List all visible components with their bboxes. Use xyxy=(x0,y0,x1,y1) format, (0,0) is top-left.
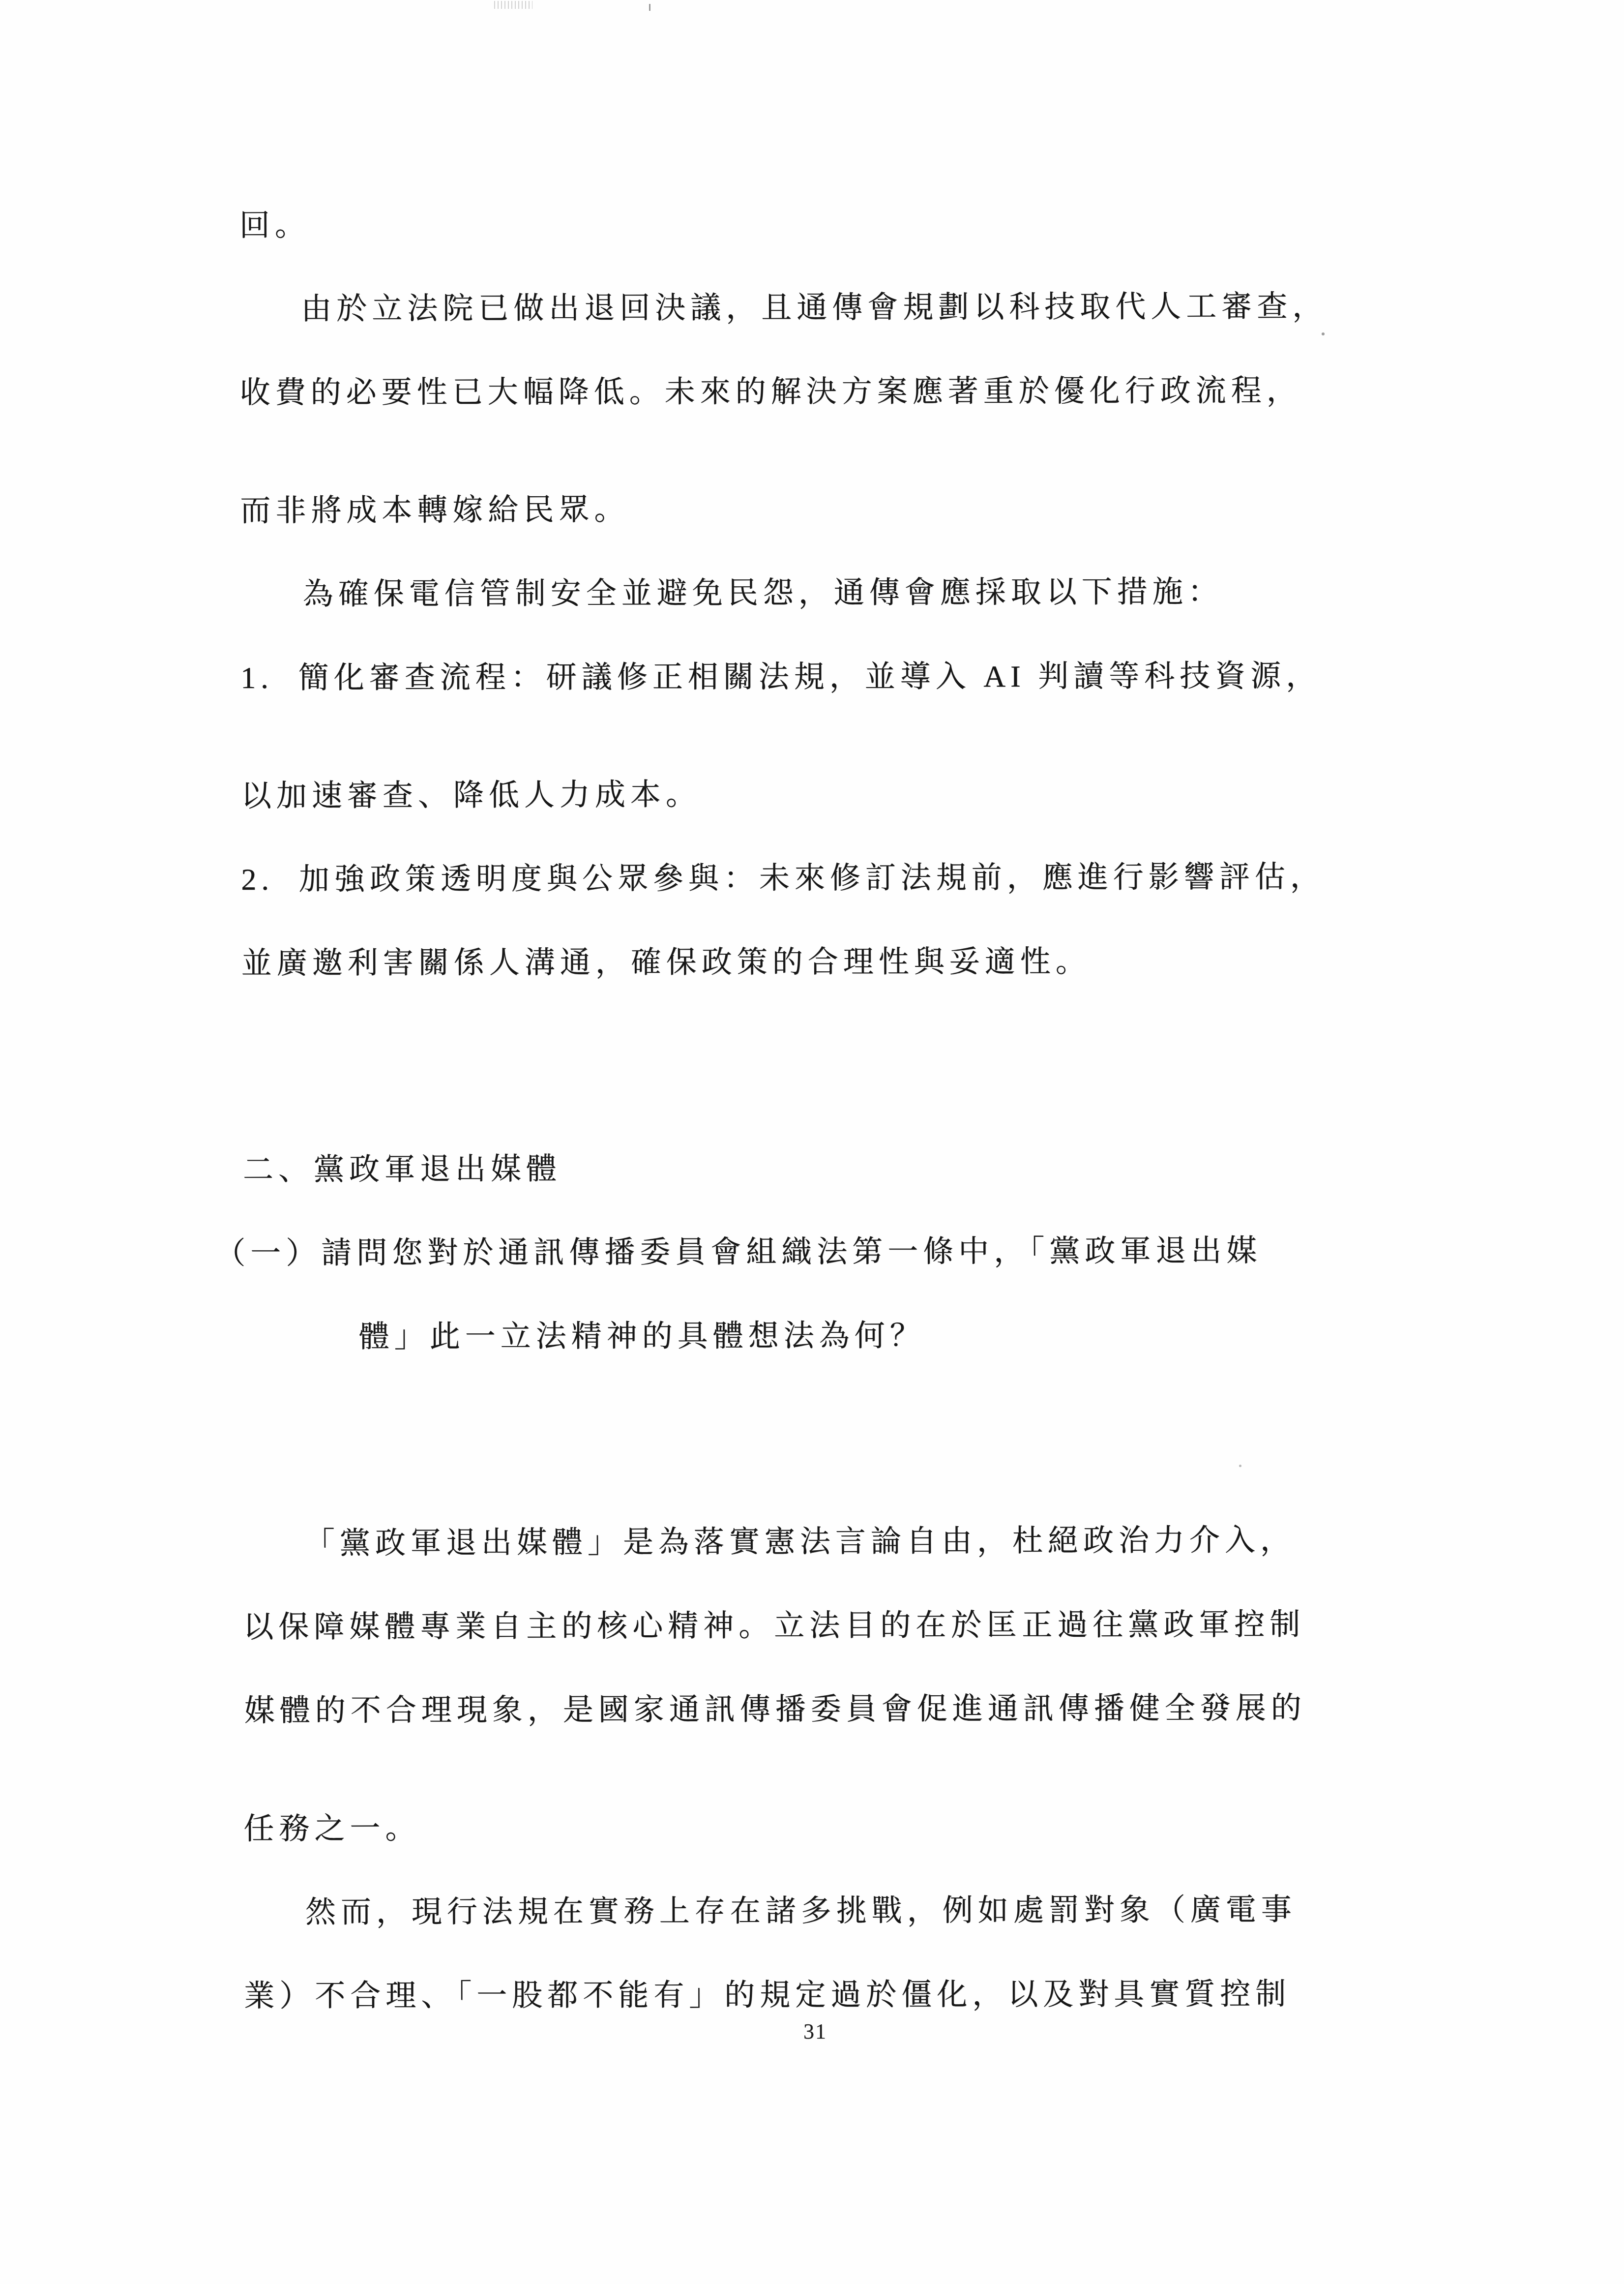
text-line: 「黨政軍退出媒體」是為落實憲法言論自由，杜絕政治力介入， xyxy=(304,1524,1624,1559)
text-line: 媒體的不合理現象，是國家通訊傳播委員會促進通訊傳播健全發展的 xyxy=(244,1692,1624,1726)
text-line: 以加速審查、降低人力成本。 xyxy=(241,776,1624,811)
text-line: 2. 加強政策透明度與公眾參與：未來修訂法規前，應進行影響評估， xyxy=(241,861,1624,895)
text-line: 回。 xyxy=(239,206,1623,241)
text-line: 體」此一立法精神的具體想法為何？ xyxy=(359,1320,1624,1352)
text-line: 並廣邀利害關係人溝通，確保政策的合理性與妥適性。 xyxy=(241,946,1624,979)
text-line: 由於立法院已做出退回決議，且通傳會規劃以科技取代人工審查， xyxy=(301,291,1623,325)
text-line: 1. 簡化審查流程：研議修正相關法規，並導入 AI 判讀等科技資源， xyxy=(240,661,1624,693)
text-line: 任務之一。 xyxy=(243,1809,1624,1844)
text-line: （一）請問您對於通訊傳播委員會組織法第一條中，「黨政軍退出媒 xyxy=(215,1235,1624,1269)
text-line: 而非將成本轉嫁給民眾。 xyxy=(240,491,1623,526)
scanned-document-page: 回。由於立法院已做出退回決議，且通傳會規劃以科技取代人工審查，收費的必要性已大幅… xyxy=(0,0,1624,2284)
text-line: 然而，現行法規在實務上存在諸多挑戰，例如處罰對象（廣電事 xyxy=(305,1894,1624,1928)
text-line: 二、黨政軍退出媒體 xyxy=(243,1151,1624,1185)
text-line: 為確保電信管制安全並避免民怨，通傳會應採取以下措施： xyxy=(303,576,1624,610)
text-line: 以保障媒體專業自主的核心精神。立法目的在於匡正過往黨政軍控制 xyxy=(243,1609,1624,1643)
text-line: 業）不合理、「一股都不能有」的規定過於僵化，以及對具實質控制 xyxy=(244,1979,1624,2012)
text-body: 回。由於立法院已做出退回決議，且通傳會規劃以科技取代人工審查，收費的必要性已大幅… xyxy=(0,0,1624,2046)
text-line: 收費的必要性已大幅降低。未來的解決方案應著重於優化行政流程， xyxy=(240,375,1623,408)
page-number: 31 xyxy=(3,2017,1624,2047)
